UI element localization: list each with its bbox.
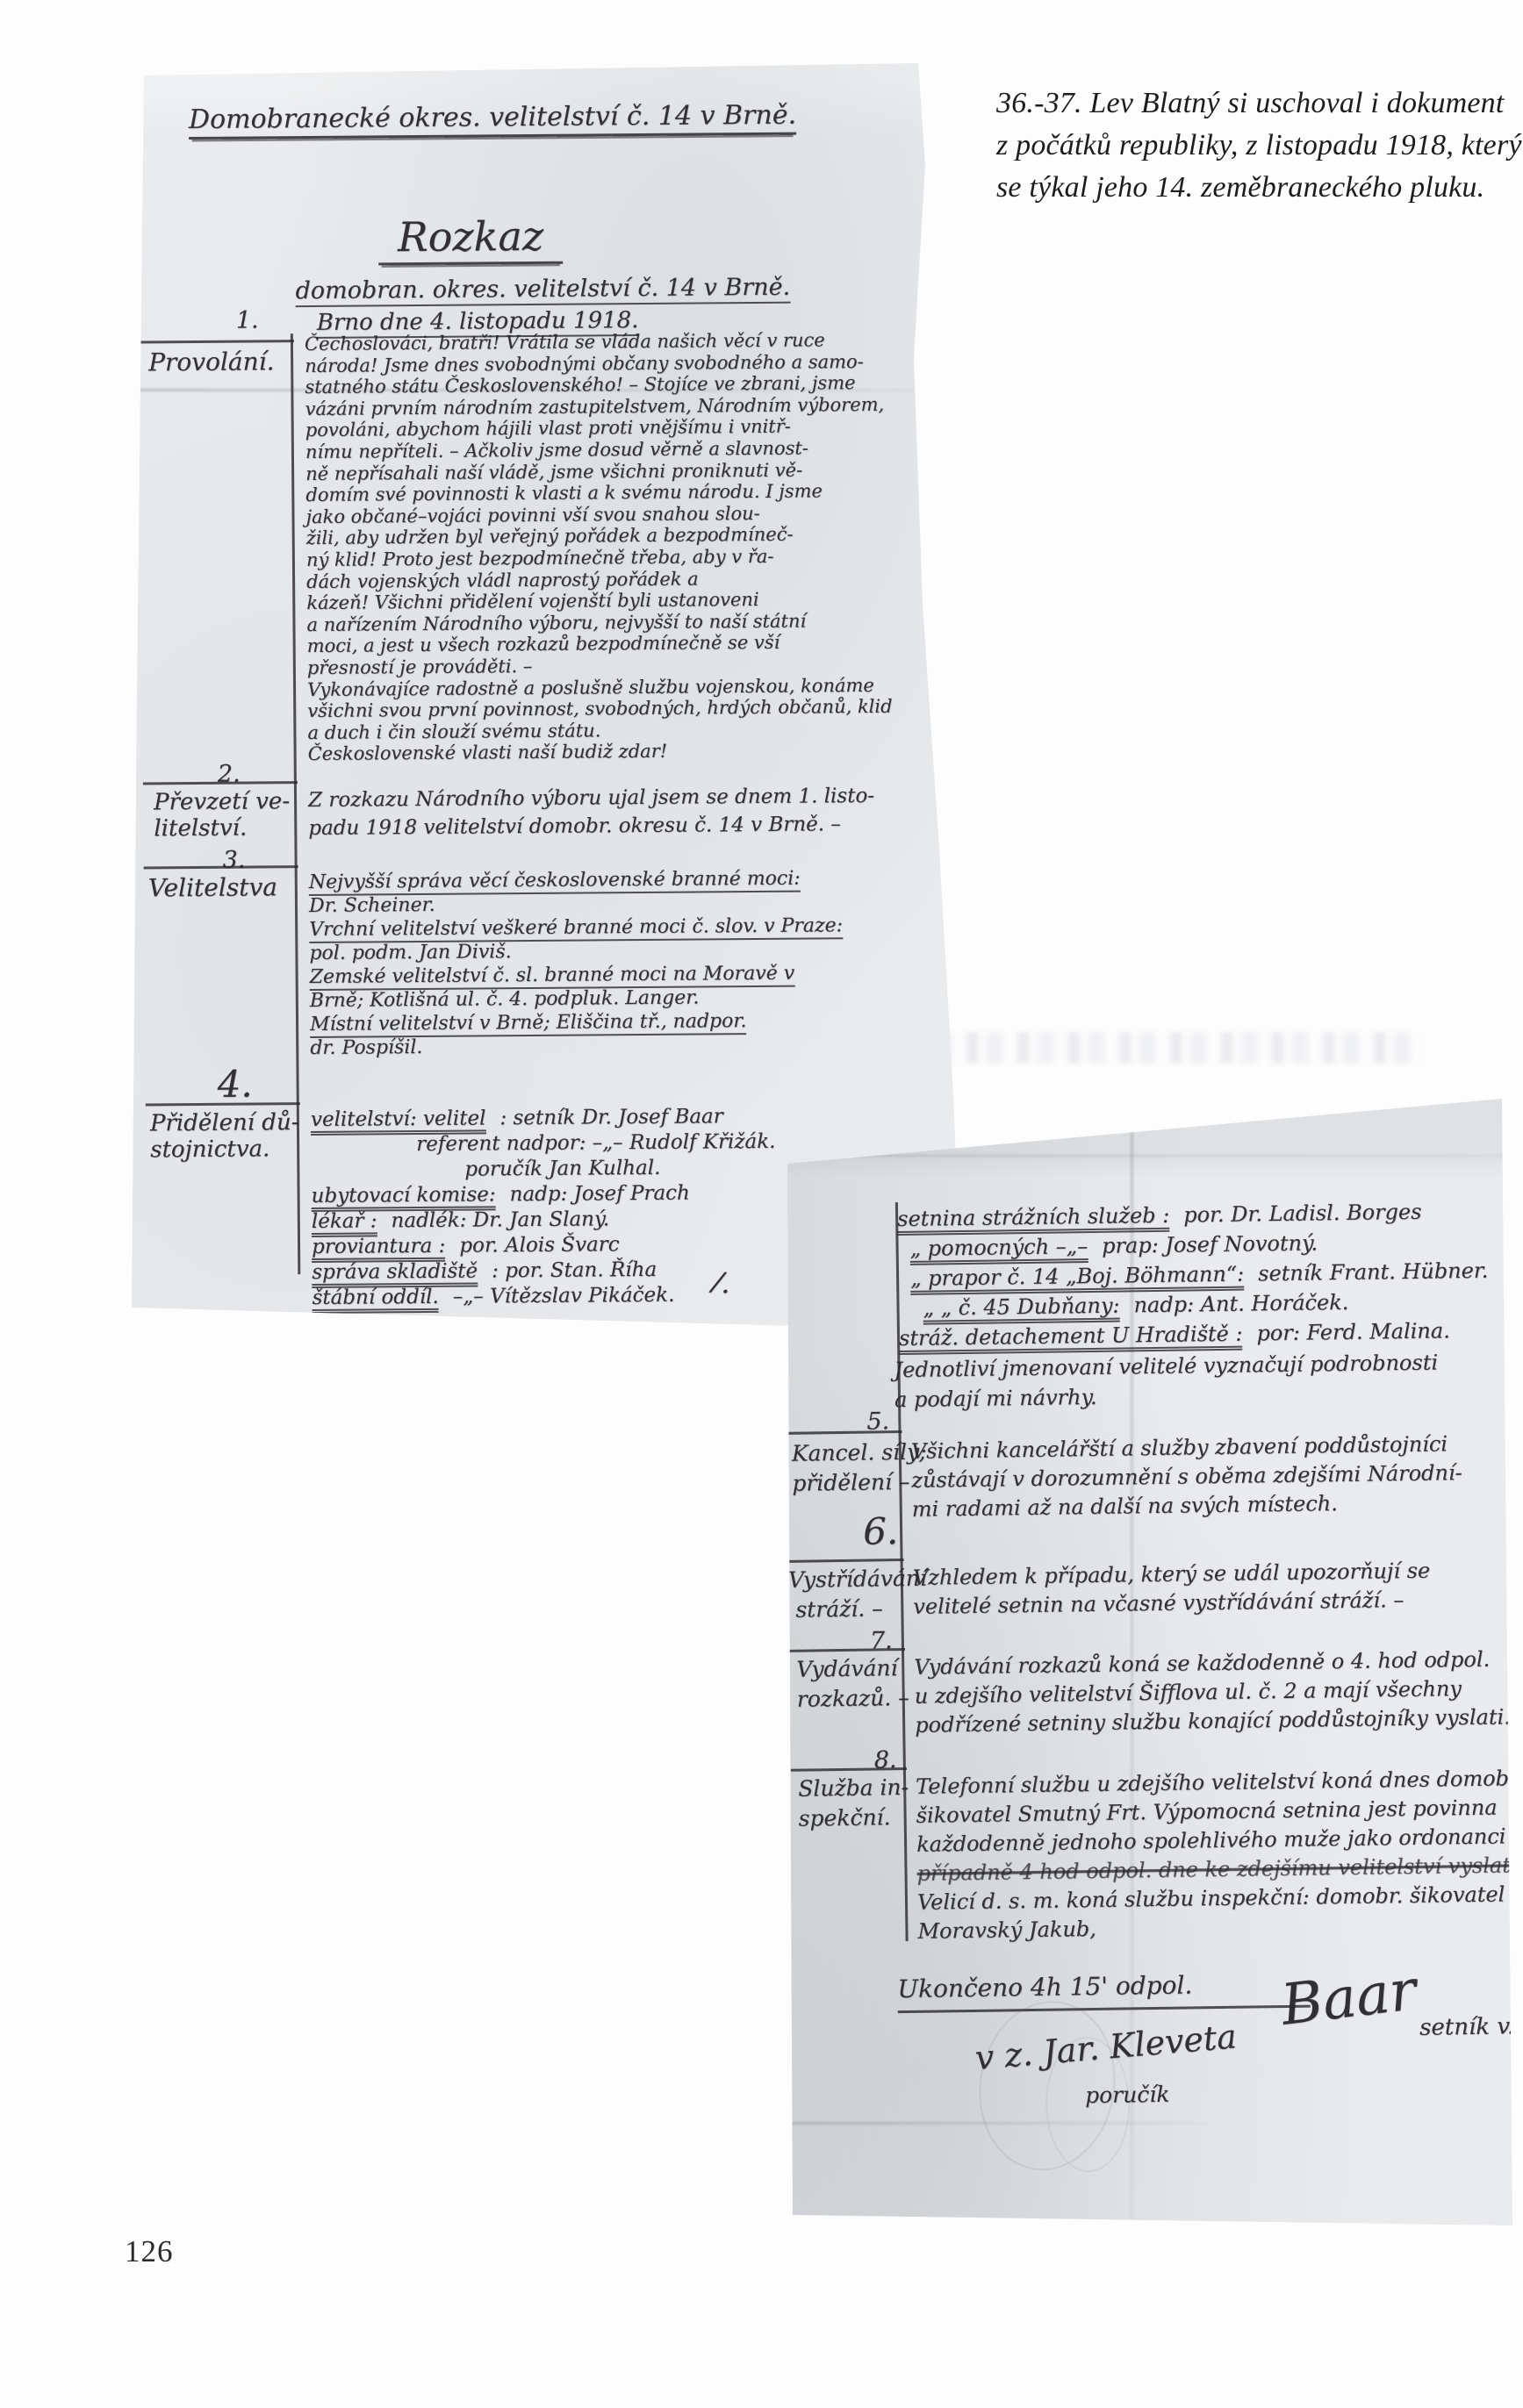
officer-row-rest: : por. Stan. Říha xyxy=(492,1258,657,1282)
handwritten-line: Nejvyšší správa věcí československé bran… xyxy=(309,866,843,894)
section-label: spekční. xyxy=(798,1804,890,1831)
section4-body: velitelství: velitel: setník Dr. Josef B… xyxy=(311,1104,777,1311)
showthrough-caption xyxy=(916,1032,1425,1064)
doc1-header: Domobranecké okres. velitelství č. 14 v … xyxy=(189,100,796,140)
section-label: litelství. xyxy=(154,815,247,842)
caption-line: 36.-37. Lev Blatný si uschoval i dokumen… xyxy=(996,82,1522,125)
officer-row-rest: prap: Josef Novotný. xyxy=(1102,1230,1318,1258)
officer-row: proviantura :por. Alois Švarc xyxy=(312,1231,777,1260)
section-number: 6. xyxy=(863,1509,899,1553)
officer-row-head: štábní oddíl. xyxy=(312,1286,439,1314)
assignment-rows: setnina strážních služeb :por. Dr. Ladis… xyxy=(897,1196,1490,1353)
section8-body: Telefonní službu u zdejšího velitelství … xyxy=(916,1764,1523,1946)
section-number: 1. xyxy=(236,306,259,333)
section-label: Převzetí ve- xyxy=(154,788,290,815)
underlined-heading: Vrchní velitelství veškeré branné moci č… xyxy=(309,914,843,943)
section-label: Přidělení dů- xyxy=(150,1109,299,1136)
section6-body: Vzhledem k případu, který se udál upozor… xyxy=(913,1557,1431,1622)
margin-rule xyxy=(788,1559,904,1563)
handwritten-line: Z rozkazu Národního výboru ujal jsem se … xyxy=(308,782,874,814)
underlined-heading: Místní velitelství v Brně; Eliščina tř.,… xyxy=(310,1010,747,1038)
officer-row: velitelství: velitel: setník Dr. Josef B… xyxy=(311,1104,776,1133)
officer-row-rest: –„– Vítězslav Pikáček. xyxy=(453,1284,675,1308)
section3-body: Nejvyšší správa věcí československé bran… xyxy=(309,866,844,1060)
handwritten-line: všichni svou první povinnost, svobodných… xyxy=(307,696,892,722)
section-label: Kancel. síly; xyxy=(792,1439,927,1466)
handwritten-line: a podají mi návrhy. xyxy=(894,1377,1439,1415)
officer-row: poručík Jan Kulhal. xyxy=(311,1155,776,1184)
handwritten-line: dr. Pospíšil. xyxy=(310,1032,844,1060)
handwritten-line: Československé vlasti naší budiž zdar! xyxy=(308,739,893,765)
signature-left-rank: poručík xyxy=(1085,2082,1170,2108)
officer-row: lékař :nadlék: Dr. Jan Slaný. xyxy=(312,1206,777,1235)
assignment-note: Jednotliví jmenovaní velitelé vyznačují … xyxy=(894,1347,1438,1415)
margin-rule xyxy=(146,1102,300,1106)
document-photo-2: setnina strážních služeb :por. Dr. Ladis… xyxy=(784,1095,1514,2229)
officer-row-rest: nadlék: Dr. Jan Slaný. xyxy=(391,1208,609,1232)
officer-row-rest: nadp: Ant. Horáček. xyxy=(1133,1290,1348,1317)
officer-row-rest: poručík Jan Kulhal. xyxy=(464,1157,660,1181)
officer-row: správa skladiště: por. Stan. Říha xyxy=(312,1257,777,1286)
section-label: Provolání. xyxy=(148,347,275,376)
doc1-title: Rozkaz xyxy=(378,212,563,266)
section2-body: Z rozkazu Národního výboru ujal jsem se … xyxy=(308,782,874,842)
handwritten-line: Zemské velitelství č. sl. branné moci na… xyxy=(310,961,844,989)
section-number: 3. xyxy=(222,847,245,874)
officer-row-head: stráž. detachement U Hradiště : xyxy=(899,1322,1243,1355)
handwritten-line: velitelé setnin na včasné vystřídávání s… xyxy=(913,1586,1431,1622)
book-page: 36.-37. Lev Blatný si uschoval i dokumen… xyxy=(0,0,1523,2408)
officer-row-rest: setník Frant. Hübner. xyxy=(1258,1258,1489,1286)
officer-row-rest: por. Dr. Ladisl. Borges xyxy=(1183,1200,1422,1228)
underlined-heading: Nejvyšší správa věcí československé bran… xyxy=(309,868,801,896)
caption-line: z počátků republiky, z listopadu 1918, k… xyxy=(996,125,1522,167)
document2-content: setnina strážních služeb :por. Dr. Ladis… xyxy=(781,1090,1523,2233)
closing-line: Ukončeno 4h 15' odpol. xyxy=(897,1969,1311,2014)
section-label: Velitelstva xyxy=(148,872,277,902)
officer-row-head: lékař : xyxy=(312,1209,377,1237)
figure-caption: 36.-37. Lev Blatný si uschoval i dokumen… xyxy=(996,82,1522,209)
handwritten-line: Vrchní velitelství veškeré branné moci č… xyxy=(309,914,843,942)
section-label: Vydávání xyxy=(796,1655,898,1682)
section-label: stráží. – xyxy=(795,1595,883,1622)
handwritten-line: domím své povinnosti k vlasti a k svému … xyxy=(305,480,890,506)
handwritten-line: nímu nepříteli. – Ačkoliv jsme dosud věr… xyxy=(305,437,890,463)
signature-right-rank: setník v. r. xyxy=(1419,2013,1523,2041)
section-label: Vystřídávání xyxy=(788,1566,927,1593)
section-label: rozkazů. – xyxy=(797,1685,909,1712)
section-label: přidělení – xyxy=(792,1469,909,1496)
caption-line: se týkal jeho 14. zeměbraneckého pluku. xyxy=(996,167,1522,209)
section-label: Služba in- xyxy=(798,1774,909,1802)
doc1-subtitle: domobran. okres. velitelství č. 14 v Brn… xyxy=(295,274,790,307)
margin-rule xyxy=(140,340,294,343)
section1-body: Čechoslováci, bratři! Vrátila se vláda n… xyxy=(305,329,893,765)
officer-row-rest: por. Alois Švarc xyxy=(459,1233,619,1257)
document-photo-1: Domobranecké okres. velitelství č. 14 v … xyxy=(130,60,962,1334)
officer-row: ubytovací komise:nadp: Josef Prach xyxy=(311,1180,776,1209)
officer-row: štábní oddíl.–„– Vítězslav Pikáček. xyxy=(312,1282,777,1311)
officer-row-rest: referent nadpor: –„– Rudolf Křižák. xyxy=(416,1130,775,1156)
page-number: 126 xyxy=(125,2234,174,2269)
section5-body: Všichni kancelářští a služby zbavení pod… xyxy=(911,1430,1463,1524)
document1-content: Domobranecké okres. velitelství č. 14 v … xyxy=(128,54,970,1335)
margin-rule xyxy=(144,865,298,869)
officer-row-rest: nadp: Josef Prach xyxy=(509,1182,689,1207)
section-number: 4. xyxy=(217,1063,252,1106)
section-label: stojnictva. xyxy=(150,1136,269,1163)
section7-body: Vydávání rozkazů koná se každodenně o 4.… xyxy=(914,1645,1511,1739)
officer-row-rest: por: Ferd. Malina. xyxy=(1256,1318,1450,1345)
officer-row-rest: : setník Dr. Josef Baar xyxy=(499,1105,722,1129)
handwritten-line: padu 1918 velitelství domobr. okresu č. … xyxy=(308,810,874,842)
